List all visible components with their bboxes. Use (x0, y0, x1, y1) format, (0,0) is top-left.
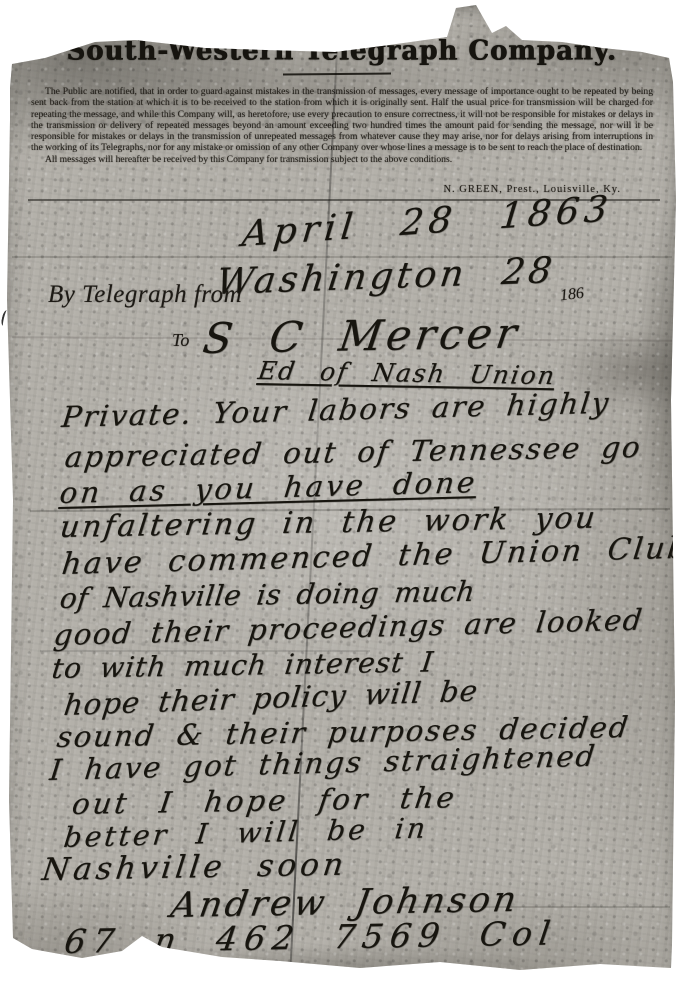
conditions-footer: All messages will hereafter be received … (31, 154, 653, 165)
conditions-notice: The Public are notified, that in order t… (31, 86, 653, 165)
telegram-paper: South-Western Telegraph Company. The Pub… (0, 0, 683, 1000)
divider (283, 73, 391, 76)
recipient-title-handwritten: Ed of Nash Union (256, 356, 558, 390)
company-masthead: South-Western Telegraph Company. (0, 35, 683, 67)
message-line: Private. Your labors are highly (60, 386, 612, 434)
by-telegraph-label: By Telegraph from (48, 281, 242, 309)
printed-year: 186 (559, 285, 585, 305)
to-label: To (172, 330, 189, 351)
operator-marks-handwritten: 67 n 462 7569 Col (62, 913, 560, 961)
origin-handwritten: Washington 28 (214, 250, 558, 303)
recipient-handwritten: S C Mercer (200, 308, 524, 363)
conditions-paragraph: The Public are notified, that in order t… (31, 86, 653, 154)
message-line: Nashville soon (40, 847, 349, 888)
scanned-telegram-photo: South-Western Telegraph Company. The Pub… (0, 0, 683, 1000)
